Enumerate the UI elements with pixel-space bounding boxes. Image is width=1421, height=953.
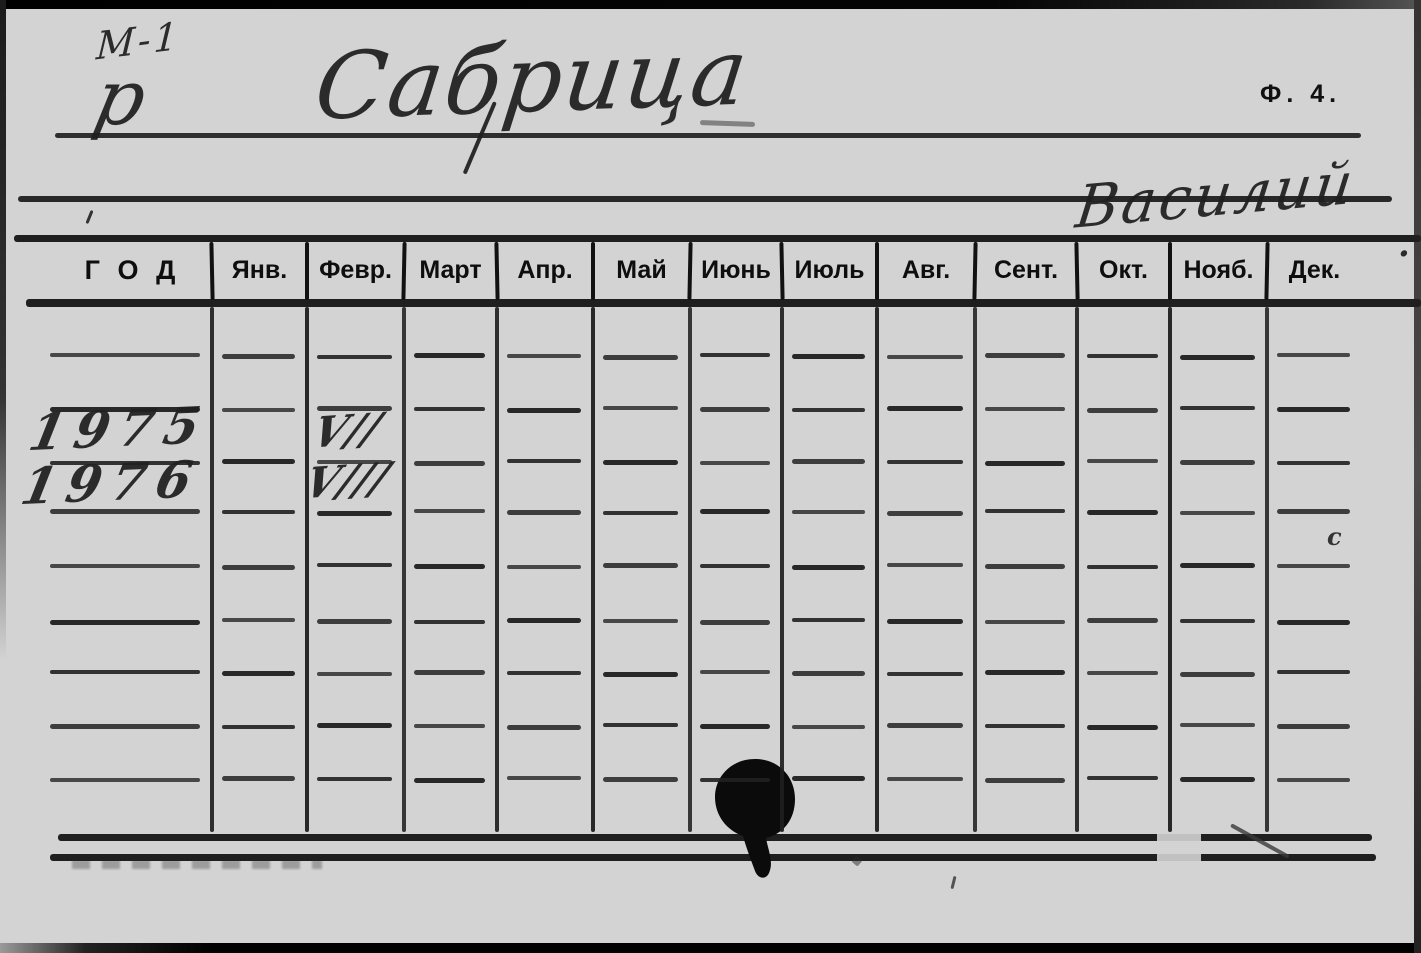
row-rule-dash — [603, 355, 678, 360]
row-rule-dash — [1087, 565, 1158, 569]
row-rule-dash — [507, 510, 581, 515]
row-rule-dash — [700, 724, 770, 729]
row-rule-dash — [414, 620, 485, 624]
title-rule-line — [55, 133, 1361, 138]
row-rule-dash — [50, 564, 200, 568]
row-rule-dash — [50, 620, 200, 625]
month-header: Дек. — [1267, 241, 1362, 299]
row-rule-dash — [887, 511, 963, 516]
month-header: Нояб. — [1170, 241, 1267, 299]
row-rule-dash — [887, 672, 963, 676]
row-rule-dash — [700, 564, 770, 568]
row-rule-dash — [1087, 408, 1158, 413]
row-rule-dash — [792, 354, 865, 359]
row-rule-dash — [1180, 355, 1255, 360]
row-rule-dash — [985, 564, 1065, 569]
column-line — [1168, 307, 1172, 832]
row-rule-dash — [603, 460, 678, 465]
header-column-separator — [305, 242, 309, 300]
row-rule-dash — [50, 670, 200, 674]
row-rule-dash — [792, 565, 865, 570]
row-rule-dash — [1087, 510, 1158, 515]
row-rule-dash — [317, 406, 392, 411]
row-rule-dash — [317, 511, 392, 516]
row-rule-dash — [985, 724, 1065, 728]
row-rule-dash — [1277, 564, 1350, 568]
row-rule-dash — [603, 777, 678, 782]
ink-blob — [698, 752, 818, 887]
year-column-header: ГОД — [40, 241, 224, 299]
header-column-separator — [1168, 242, 1172, 300]
column-line — [210, 307, 214, 832]
column-line — [1265, 307, 1269, 832]
row-rule-dash — [414, 564, 485, 569]
row-rule-dash — [700, 353, 770, 357]
row-rule-dash — [414, 509, 485, 513]
row-rule-dash — [414, 778, 485, 783]
signature-period: . — [1398, 228, 1410, 262]
row-rule-dash — [603, 723, 678, 727]
letter-mark-handwritten: р — [88, 60, 153, 136]
scan-edge-top — [0, 0, 1421, 9]
row-rule-dash — [887, 619, 963, 624]
row-rule-dash — [985, 461, 1065, 466]
row-rule-dash — [985, 778, 1065, 783]
row-rule-dash — [603, 619, 678, 623]
row-rule-dash — [1180, 406, 1255, 410]
column-line — [402, 307, 406, 832]
ink-smudge — [72, 860, 322, 869]
row-rule-dash — [985, 353, 1065, 358]
row-rule-dash — [507, 408, 581, 413]
header-column-separator — [875, 242, 879, 300]
row-rule-dash — [1180, 511, 1255, 515]
row-rule-dash — [1180, 777, 1255, 782]
row-rule-dash — [1180, 619, 1255, 623]
column-line — [495, 307, 499, 832]
row-rule-dash — [222, 776, 295, 781]
row-rule-dash — [1087, 776, 1158, 780]
row-rule-dash — [414, 407, 485, 411]
row-rule-dash — [1087, 725, 1158, 730]
row-rule-dash — [700, 461, 770, 465]
row-rule-dash — [1277, 407, 1350, 412]
row-rule-dash — [603, 406, 678, 410]
row-rule-dash — [887, 723, 963, 728]
row-rule-dash — [792, 618, 865, 622]
stray-tick-mark-top — [85, 210, 93, 224]
row-rule-dash — [507, 459, 581, 463]
column-line — [1075, 307, 1079, 832]
row-rule-dash — [1087, 618, 1158, 623]
row-rule-dash — [985, 670, 1065, 675]
row-rule-dash — [887, 777, 963, 781]
row-rule-dash — [887, 355, 963, 359]
signature-handwritten: Василий — [1073, 153, 1359, 236]
row-rule-dash — [700, 620, 770, 625]
row-rule-dash — [317, 723, 392, 728]
row-rule-dash — [1277, 509, 1350, 514]
form-code-label: Ф. 4. — [1260, 80, 1341, 109]
row-rule-dash — [792, 776, 865, 781]
row-rule-dash — [603, 563, 678, 568]
row-rule-dash — [414, 461, 485, 466]
column-line — [591, 307, 595, 832]
row-rule-dash — [414, 353, 485, 358]
title-handwritten: Сабрица — [310, 26, 754, 134]
row-rule-dash — [1180, 460, 1255, 465]
row-rule-dash — [792, 408, 865, 412]
row-rule-dash — [222, 618, 295, 622]
row-rule-dash — [1277, 461, 1350, 465]
month-header: Февр. — [307, 241, 404, 299]
row-rule-dash — [792, 510, 865, 514]
table-header-border — [26, 299, 1421, 307]
row-rule-dash — [1180, 672, 1255, 677]
row-rule-dash — [700, 407, 770, 412]
row-rule-dash — [700, 670, 770, 674]
row-rule-dash — [507, 354, 581, 358]
row-rule-dash — [317, 460, 392, 464]
month-header: Авг. — [877, 241, 975, 299]
month-header: Янв. — [212, 241, 307, 299]
row-rule-dash — [317, 777, 392, 781]
row-rule-dash — [317, 355, 392, 359]
row-rule-dash — [1087, 671, 1158, 675]
row-rule-dash — [1277, 724, 1350, 729]
column-line — [875, 307, 879, 832]
row-rule-dash — [700, 509, 770, 514]
bottom-border-gap — [1157, 830, 1201, 864]
row-rule-dash — [507, 725, 581, 730]
row-rule-dash — [985, 509, 1065, 513]
row-rule-dash — [222, 408, 295, 412]
row-rule-dash — [507, 671, 581, 675]
second-rule-line — [18, 196, 1392, 202]
row-rule-dash — [1277, 778, 1350, 782]
row-rule-dash — [603, 511, 678, 515]
column-line — [973, 307, 977, 832]
row-rule-dash — [887, 563, 963, 567]
scan-edge-right — [1414, 0, 1421, 953]
row-rule-dash — [1180, 723, 1255, 727]
row-rule-dash — [317, 619, 392, 624]
row-rule-dash — [222, 725, 295, 729]
month-header: Окт. — [1077, 241, 1170, 299]
row-rule-dash — [222, 510, 295, 514]
month-header: Апр. — [497, 241, 593, 299]
row-rule-dash — [792, 671, 865, 676]
row-rule-dash — [50, 461, 200, 465]
month-header: Сент. — [975, 241, 1077, 299]
row-rule-dash — [50, 407, 200, 412]
row-rule-dash — [50, 724, 200, 729]
row-rule-dash — [50, 353, 200, 357]
row-rule-dash — [1180, 563, 1255, 568]
row-rule-dash — [317, 563, 392, 567]
scan-edge-left — [0, 0, 6, 660]
stray-tick-mark-bottom — [950, 876, 956, 889]
row-rule-dash — [985, 620, 1065, 624]
row-rule-dash — [985, 407, 1065, 411]
row-rule-dash — [700, 778, 770, 782]
row-rule-dash — [792, 725, 865, 729]
row-rule-dash — [414, 724, 485, 728]
row-rule-dash — [507, 776, 581, 780]
row-rule-dash — [222, 671, 295, 676]
row-rule-dash — [317, 672, 392, 676]
row-rule-dash — [887, 460, 963, 464]
row-rule-dash — [222, 354, 295, 359]
month-header: Май — [593, 241, 690, 299]
row-rule-dash — [1277, 670, 1350, 674]
row-rule-dash — [222, 459, 295, 464]
row-rule-dash — [414, 670, 485, 675]
header-column-separator — [591, 242, 595, 300]
row-rule-dash — [222, 565, 295, 570]
row-rule-dash — [1087, 459, 1158, 463]
row-rule-dash — [507, 565, 581, 569]
row-rule-dash — [507, 618, 581, 623]
scanned-registration-card: М-1 р Сабрица Ф. 4. Василий . ГОД 1975 1… — [0, 0, 1421, 953]
row-rule-dash — [50, 509, 200, 514]
month-header: Июль — [782, 241, 877, 299]
stray-cell-mark: с — [1327, 525, 1342, 549]
column-line — [305, 307, 309, 832]
scan-edge-bottom — [0, 943, 1421, 953]
row-rule-dash — [887, 406, 963, 411]
row-rule-dash — [603, 672, 678, 677]
row-rule-dash — [1277, 353, 1350, 357]
row-rule-dash — [50, 778, 200, 782]
row-rule-dash — [1277, 620, 1350, 625]
column-line — [688, 307, 692, 832]
month-header: Июнь — [690, 241, 782, 299]
month-header: Март — [404, 241, 497, 299]
month-checkmark-1975: V// — [308, 407, 386, 455]
row-rule-dash — [1087, 354, 1158, 358]
column-line — [780, 307, 784, 832]
row-rule-dash — [792, 459, 865, 464]
